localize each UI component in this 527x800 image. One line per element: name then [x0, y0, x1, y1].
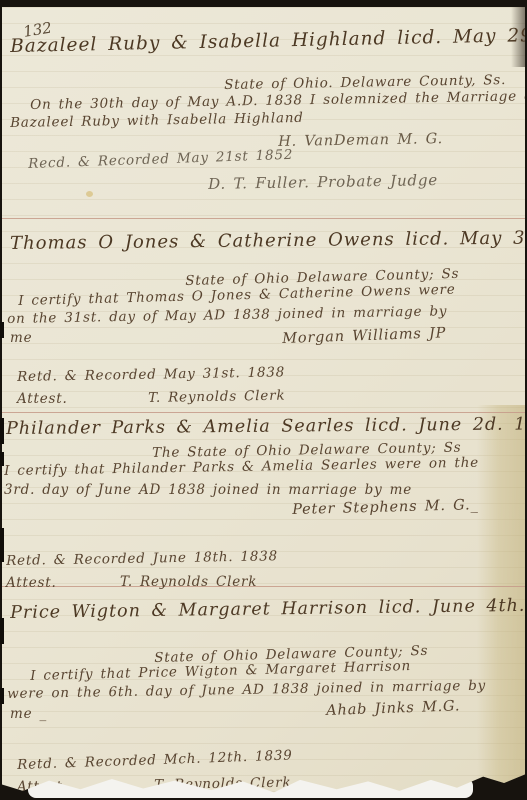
clerk-signature: T. Reynolds Clerk [148, 388, 286, 406]
recorded-line: Retd. & Recorded June 18th. 1838 [6, 548, 278, 569]
officiant-signature: Morgan Williams JP [282, 325, 446, 347]
certification-line: me [10, 330, 32, 346]
record-title: Price Wigton & Margaret Harrison licd. J… [10, 595, 527, 623]
ledger-page: 132 Bazaleel Ruby & Isabella Highland li… [2, 7, 525, 794]
binding-mark [0, 528, 4, 562]
recorded-line: Recd. & Recorded May 21st 1852 [28, 147, 293, 172]
record-separator-line [2, 412, 525, 413]
officiant-signature: Peter Stephens M. G._ [292, 497, 479, 518]
certification-line: 3rd. day of June AD 1838 joined in marri… [4, 482, 412, 498]
record-separator-line [2, 586, 525, 587]
record-title: Bazaleel Ruby & Isabella Highland licd. … [10, 23, 527, 57]
binding-mark [0, 618, 4, 644]
certification-line: Bazaleel Ruby with Isabella Highland [10, 110, 304, 131]
ink-spot [86, 191, 93, 197]
binding-mark [0, 418, 4, 444]
record-title: Philander Parks & Amelia Searles licd. J… [6, 414, 527, 439]
record-title: Thomas O Jones & Catherine Owens licd. M… [10, 226, 527, 254]
binding-mark [0, 688, 4, 704]
recorded-line: Retd. & Recorded Mch. 12th. 1839 [17, 747, 293, 773]
record-separator-line [2, 218, 525, 219]
certification-line: me _ [10, 706, 47, 722]
attest-label: Attest. [17, 391, 68, 407]
officiant-signature: H. VanDeman M. G. [278, 131, 443, 150]
certification-line: I certify that Philander Parks & Amelia … [4, 455, 479, 479]
binding-mark [0, 322, 4, 338]
officiant-signature: Ahab Jinks M.G. [326, 698, 461, 719]
clerk-signature: T. Reynolds Clerk [120, 574, 257, 590]
recorded-line: Retd. & Recorded May 31st. 1838 [17, 364, 285, 385]
attest-label: Attest. [6, 575, 57, 591]
judge-signature: D. T. Fuller. Probate Judge [208, 171, 438, 193]
binding-mark [0, 452, 4, 466]
certification-line: On the 30th day of May A.D. 1838 I solem… [30, 88, 527, 113]
